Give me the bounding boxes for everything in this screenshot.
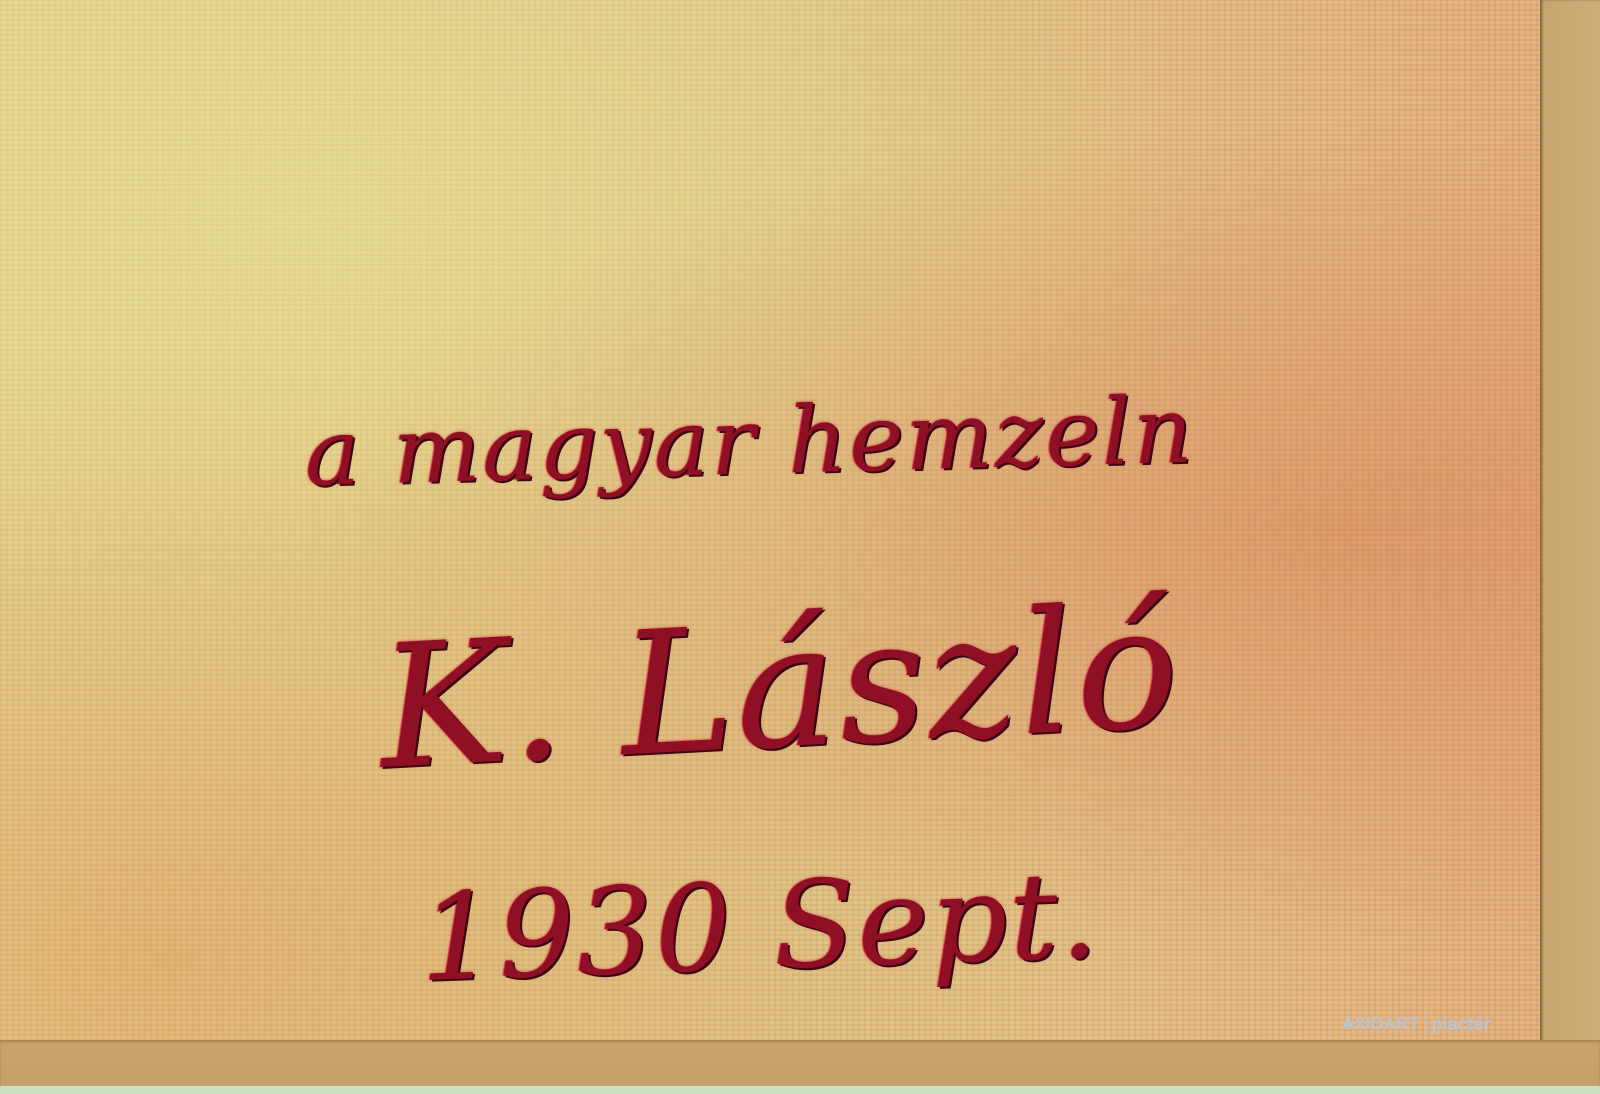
watermark-divider <box>1425 1013 1426 1035</box>
signature: K. László <box>375 568 1185 808</box>
watermark: AXIOART piactér <box>1342 1013 1491 1035</box>
watermark-brand: AXIOART <box>1342 1014 1419 1034</box>
inscription-date: 1930 Sept. <box>418 846 1102 1009</box>
frame-edge-right <box>1540 0 1600 1094</box>
canvas-surface: a magyar hemzeln K. László 1930 Sept. <box>0 0 1570 1066</box>
inscription-line-1: a magyar hemzeln <box>304 377 1196 507</box>
wall-background <box>0 1086 1600 1094</box>
watermark-sub: piactér <box>1432 1014 1491 1035</box>
photograph: a magyar hemzeln K. László 1930 Sept. AX… <box>0 0 1600 1094</box>
